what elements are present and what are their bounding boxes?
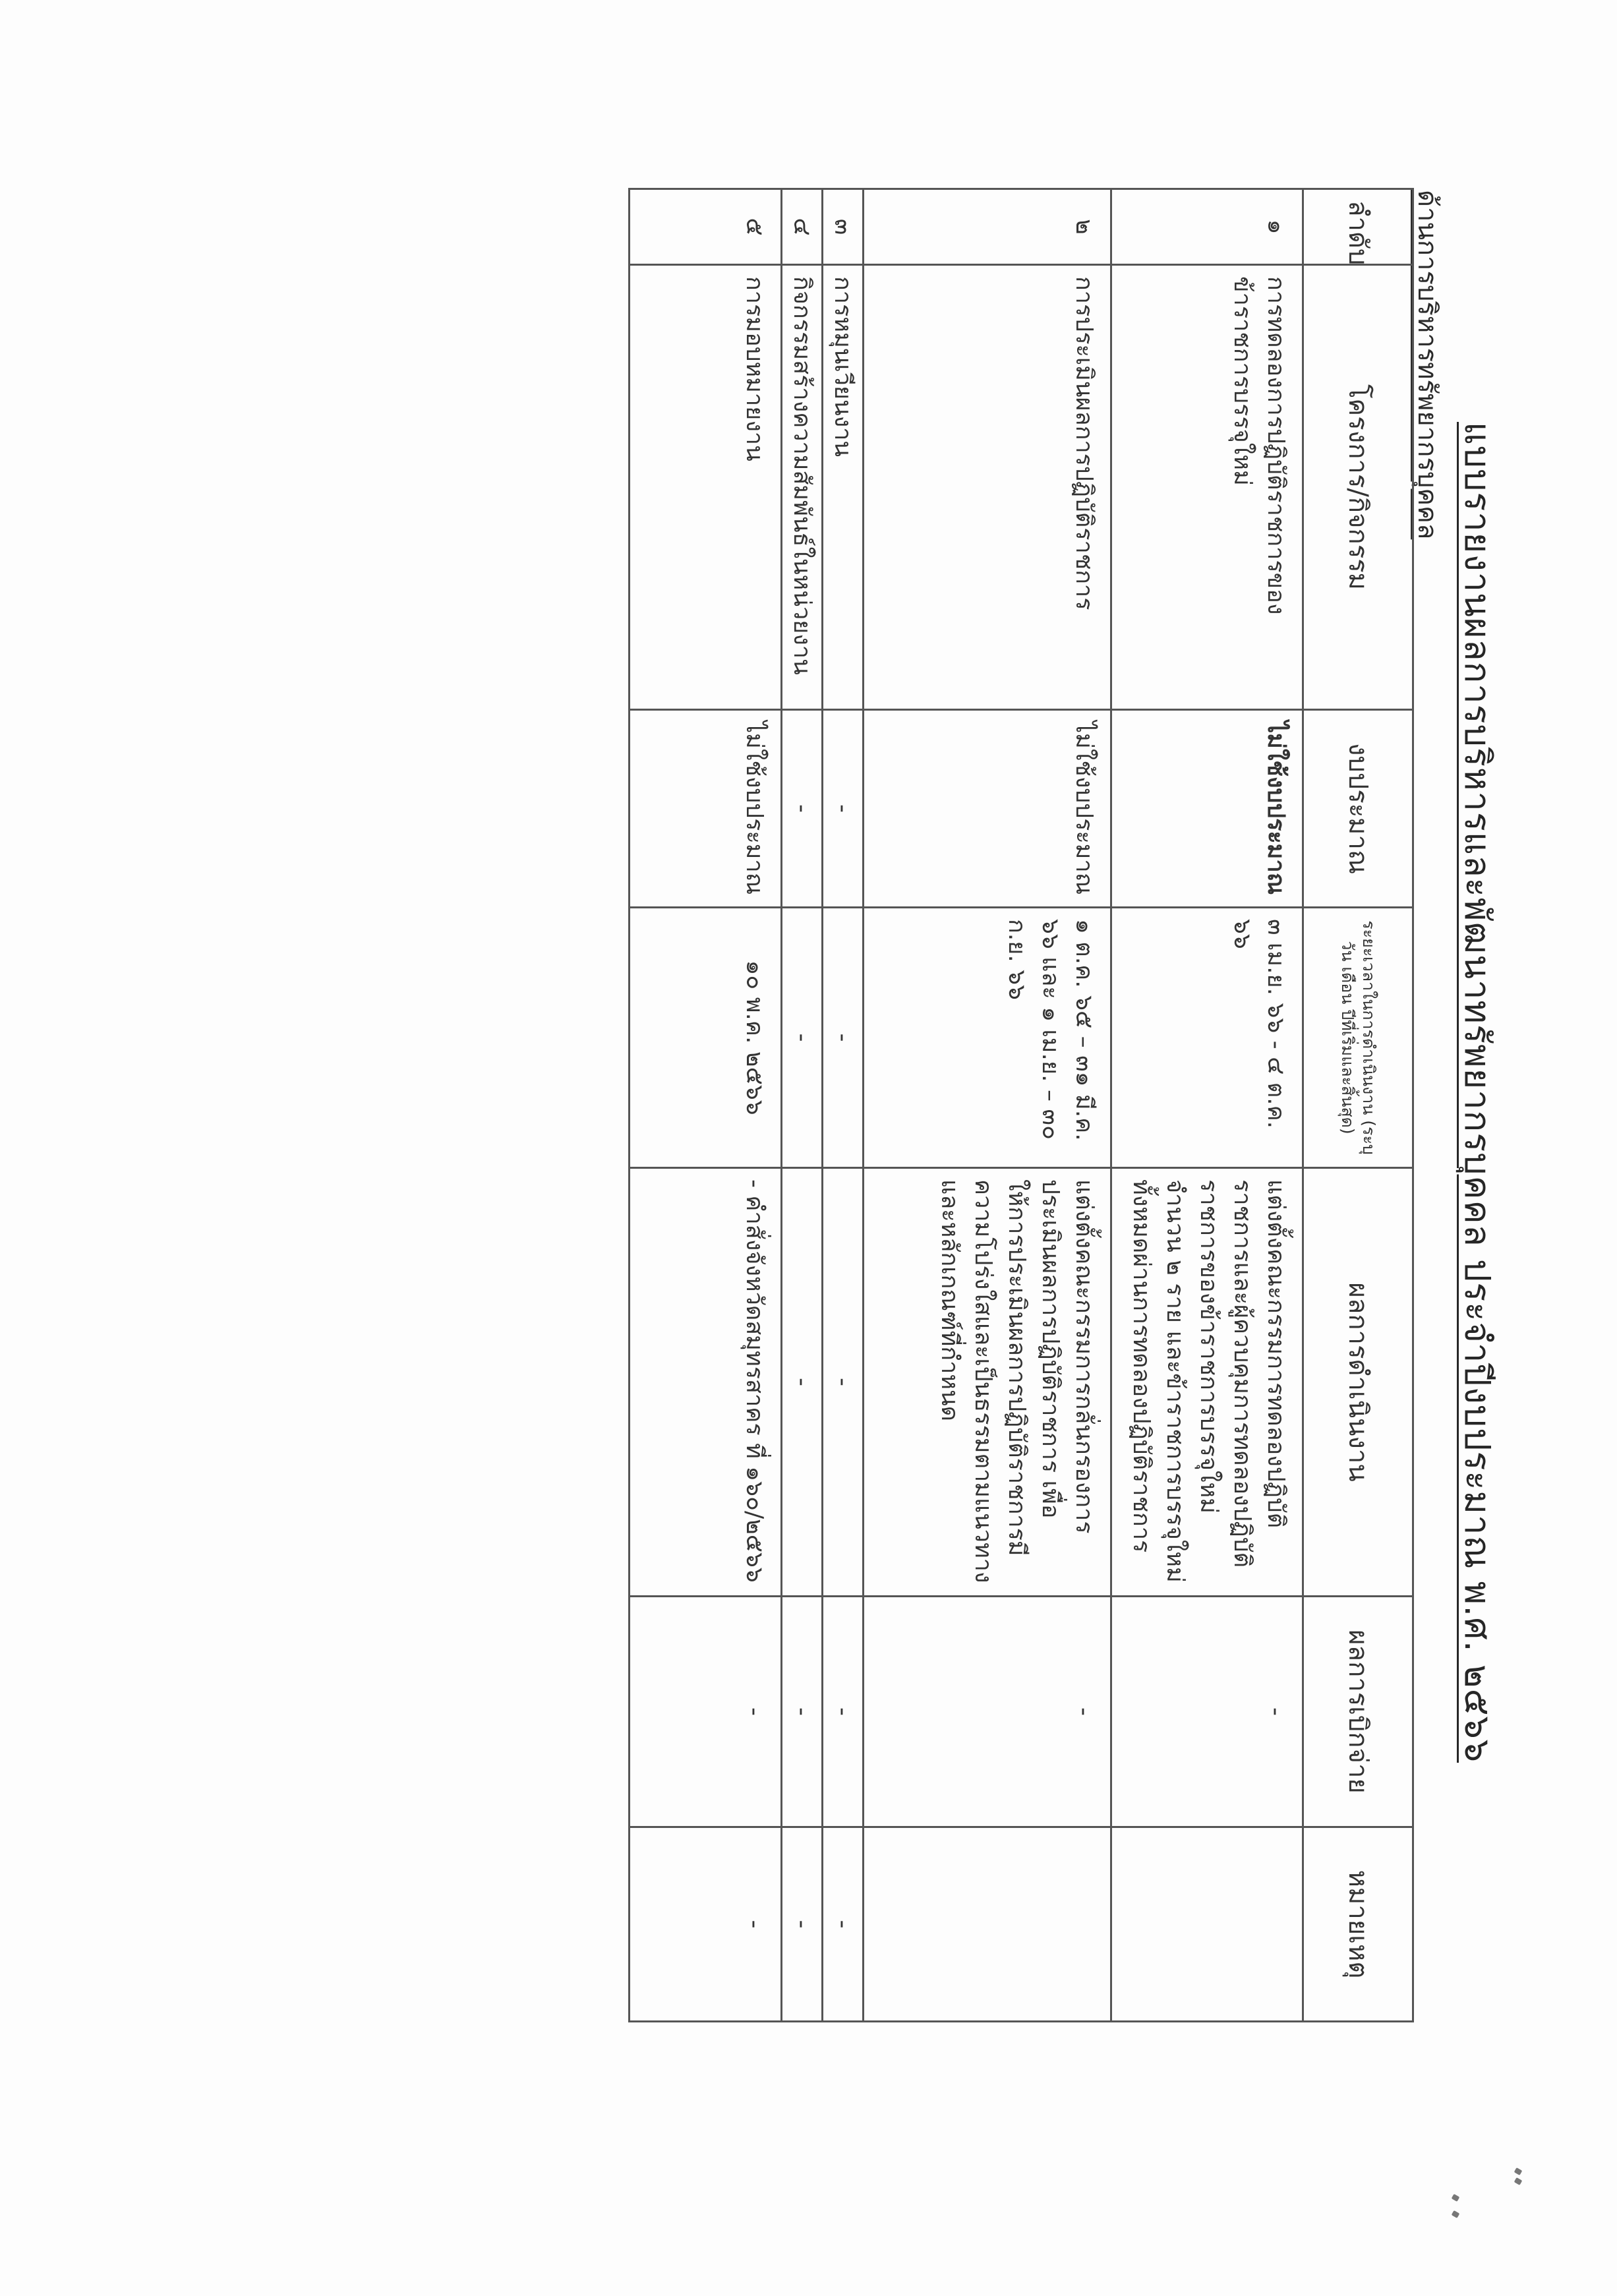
table-header-row: ลำดับ โครงการ/กิจกรรม งบประมาณ ระยะเวลาใ… [1303,189,1413,2022]
header-project: โครงการ/กิจกรรม [1303,265,1413,710]
cell-result: แต่งตั้งคณะกรรมการกลั่นกรองการประเมินผลก… [864,1168,1111,1597]
table-row: ๒ การประเมินผลการปฏิบัติราชการ ไม่ใช้งบป… [864,189,1111,2022]
cell-project: กิจกรรมสร้างความสัมพันธ์ในหน่วยงาน [781,265,822,710]
header-rank: ลำดับ [1303,189,1413,265]
document-title: แบบรายงานผลการบริหารและพัฒนาทรัพยากรบุคค… [1450,422,1506,1763]
cell-budget: ไม่ใช้งบประมาณ [629,710,781,908]
cell-remarks: - [629,1827,781,2022]
cell-period: ๑๐ พ.ค. ๒๕๖๖ [629,908,781,1168]
cell-result: - [781,1168,822,1597]
cell-disbursement: - [864,1597,1111,1827]
cell-project: การทดลองการปฏิบัติราชการของข้าราชการบรรจ… [1111,265,1303,710]
cell-budget: ไม่ใช้งบประมาณ [1111,710,1303,908]
header-period: ระยะเวลาในการดำเนินงาน (ระบุวัน เดือน ปี… [1303,908,1413,1168]
cell-rank: ๓ [822,189,863,265]
table-row: ๑ การทดลองการปฏิบัติราชการของข้าราชการบร… [1111,189,1303,2022]
cell-rank: ๔ [781,189,822,265]
header-result: ผลการดำเนินงาน [1303,1168,1413,1597]
cell-remarks: - [781,1827,822,2022]
cell-period: - [822,908,863,1168]
scan-speck [1452,2194,1460,2202]
cell-result: - [822,1168,863,1597]
table-row: ๕ การมอบหมายงาน ไม่ใช้งบประมาณ ๑๐ พ.ค. ๒… [629,189,781,2022]
cell-budget: - [781,710,822,908]
table-row: ๔ กิจกรรมสร้างความสัมพันธ์ในหน่วยงาน - -… [781,189,822,2022]
cell-disbursement: - [822,1597,863,1827]
cell-period: - [781,908,822,1168]
header-remarks: หมายเหตุ [1303,1827,1413,2022]
cell-result: - คำสั่งจังหวัดสมุทรสาคร ที่ ๑๖๐/๒๕๖๖ [629,1168,781,1597]
cell-rank: ๕ [629,189,781,265]
cell-project: การประเมินผลการปฏิบัติราชการ [864,265,1111,710]
report-table: ลำดับ โครงการ/กิจกรรม งบประมาณ ระยะเวลาใ… [628,188,1414,2022]
cell-disbursement: - [629,1597,781,1827]
document-page: แบบรายงานผลการบริหารและพัฒนาทรัพยากรบุคค… [0,0,1617,2296]
scan-speck [1514,2177,1523,2185]
cell-period: ๓ เม.ย. ๖๖ - ๔ ต.ค. ๖๖ [1111,908,1303,1168]
cell-project: การมอบหมายงาน [629,265,781,710]
cell-remarks: - [822,1827,863,2022]
table-row: ๓ การหมุนเวียนงาน - - - - - [822,189,863,2022]
cell-result: แต่งตั้งคณะกรรมการทดลองปฏิบัติราชการและผ… [1111,1168,1303,1597]
cell-rank: ๒ [864,189,1111,265]
header-budget: งบประมาณ [1303,710,1413,908]
scan-speck [1452,2210,1460,2218]
cell-budget: ไม่ใช้งบประมาณ [864,710,1111,908]
cell-remarks [1111,1827,1303,2022]
cell-disbursement: - [781,1597,822,1827]
header-disbursement: ผลการเบิกจ่าย [1303,1597,1413,1827]
cell-budget: - [822,710,863,908]
cell-remarks [864,1827,1111,2022]
cell-rank: ๑ [1111,189,1303,265]
cell-project: การหมุนเวียนงาน [822,265,863,710]
cell-disbursement: - [1111,1597,1303,1827]
scan-speck [1514,2167,1523,2175]
cell-period: ๑ ต.ค. ๖๕ – ๓๑ มี.ค. ๖๖ และ ๑ เม.ย. – ๓๐… [864,908,1111,1168]
